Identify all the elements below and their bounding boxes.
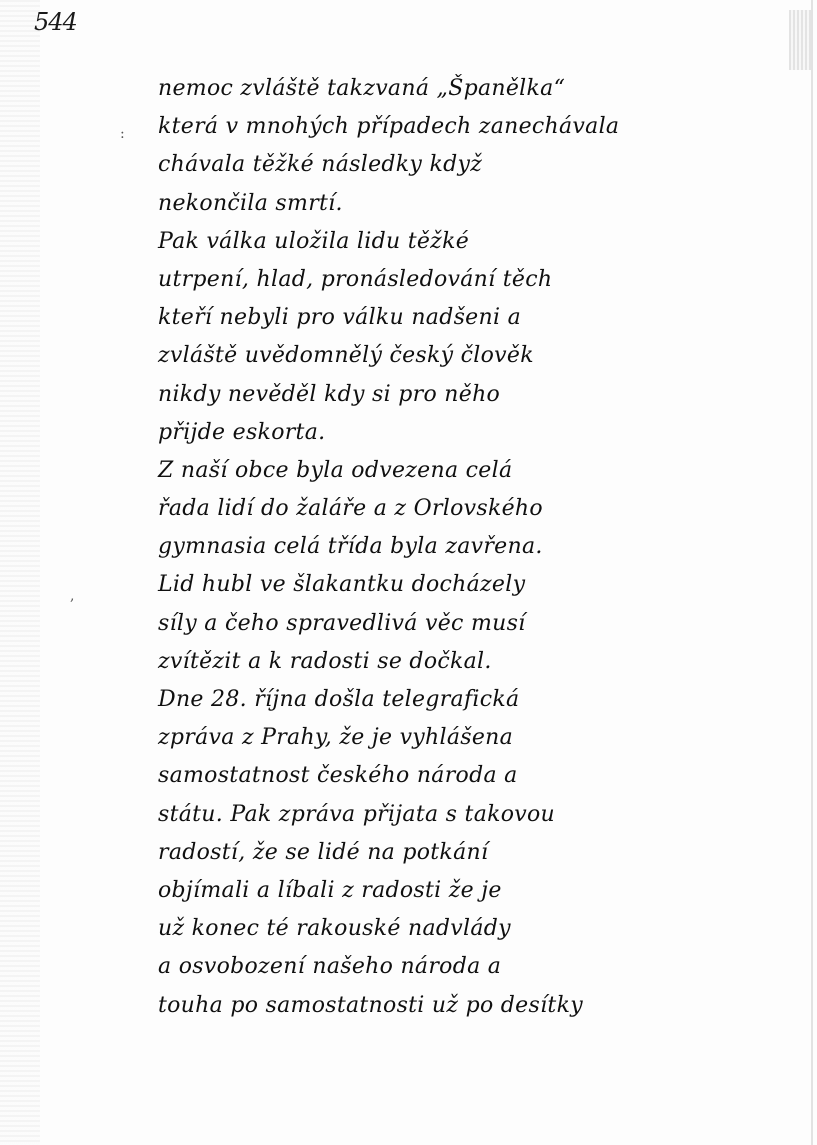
- text-line: radostí, že se lidé na potkání: [158, 834, 778, 872]
- text-line: už konec té rakouské nadvlády: [158, 910, 778, 948]
- text-line: samostatnost českého národa a: [158, 757, 778, 795]
- text-line: a osvobození našeho národa a: [158, 948, 778, 986]
- text-line: řada lidí do žaláře a z Orlovského: [158, 490, 778, 528]
- text-line: síly a čeho spravedlivá věc musí: [158, 605, 778, 643]
- text-line: Pak válka uložila lidu těžké: [158, 223, 778, 261]
- scan-corner-noise: [789, 10, 811, 70]
- text-line: Lid hubl ve šlakantku docházely: [158, 566, 778, 604]
- text-line: Z naší obce byla odvezena celá: [158, 452, 778, 490]
- text-line: objímali a líbali z radosti že je: [158, 872, 778, 910]
- page-number: 544: [34, 8, 77, 36]
- text-line: zpráva z Prahy, že je vyhlášena: [158, 719, 778, 757]
- text-line: státu. Pak zpráva přijata s takovou: [158, 796, 778, 834]
- text-line: nemoc zvláště takzvaná „Španělka“: [158, 70, 778, 108]
- text-line: utrpení, hlad, pronásledování těch: [158, 261, 778, 299]
- scan-border-line: [811, 0, 813, 1145]
- text-line: Dne 28. října došla telegrafická: [158, 681, 778, 719]
- scan-edge-noise: [0, 0, 40, 1145]
- text-line: nikdy nevěděl kdy si pro něho: [158, 376, 778, 414]
- text-line: nekončila smrtí.: [158, 185, 778, 223]
- text-line: která v mnohých případech zanechávala: [158, 108, 778, 146]
- text-line: zvláště uvědomnělý český člověk: [158, 337, 778, 375]
- text-line: zvítězit a k radosti se dočkal.: [158, 643, 778, 681]
- margin-tick: ,: [70, 588, 74, 604]
- text-line: kteří nebyli pro válku nadšeni a: [158, 299, 778, 337]
- text-line: gymnasia celá třída byla zavřena.: [158, 528, 778, 566]
- text-line: chávala těžké následky když: [158, 146, 778, 184]
- manuscript-page: 544 : , nemoc zvláště takzvaná „Španělka…: [0, 0, 817, 1145]
- text-line: přijde eskorta.: [158, 414, 778, 452]
- margin-dot: :: [120, 126, 125, 142]
- handwritten-text-body: nemoc zvláště takzvaná „Španělka“ která …: [158, 70, 778, 1025]
- text-line: touha po samostatnosti už po desítky: [158, 987, 778, 1025]
